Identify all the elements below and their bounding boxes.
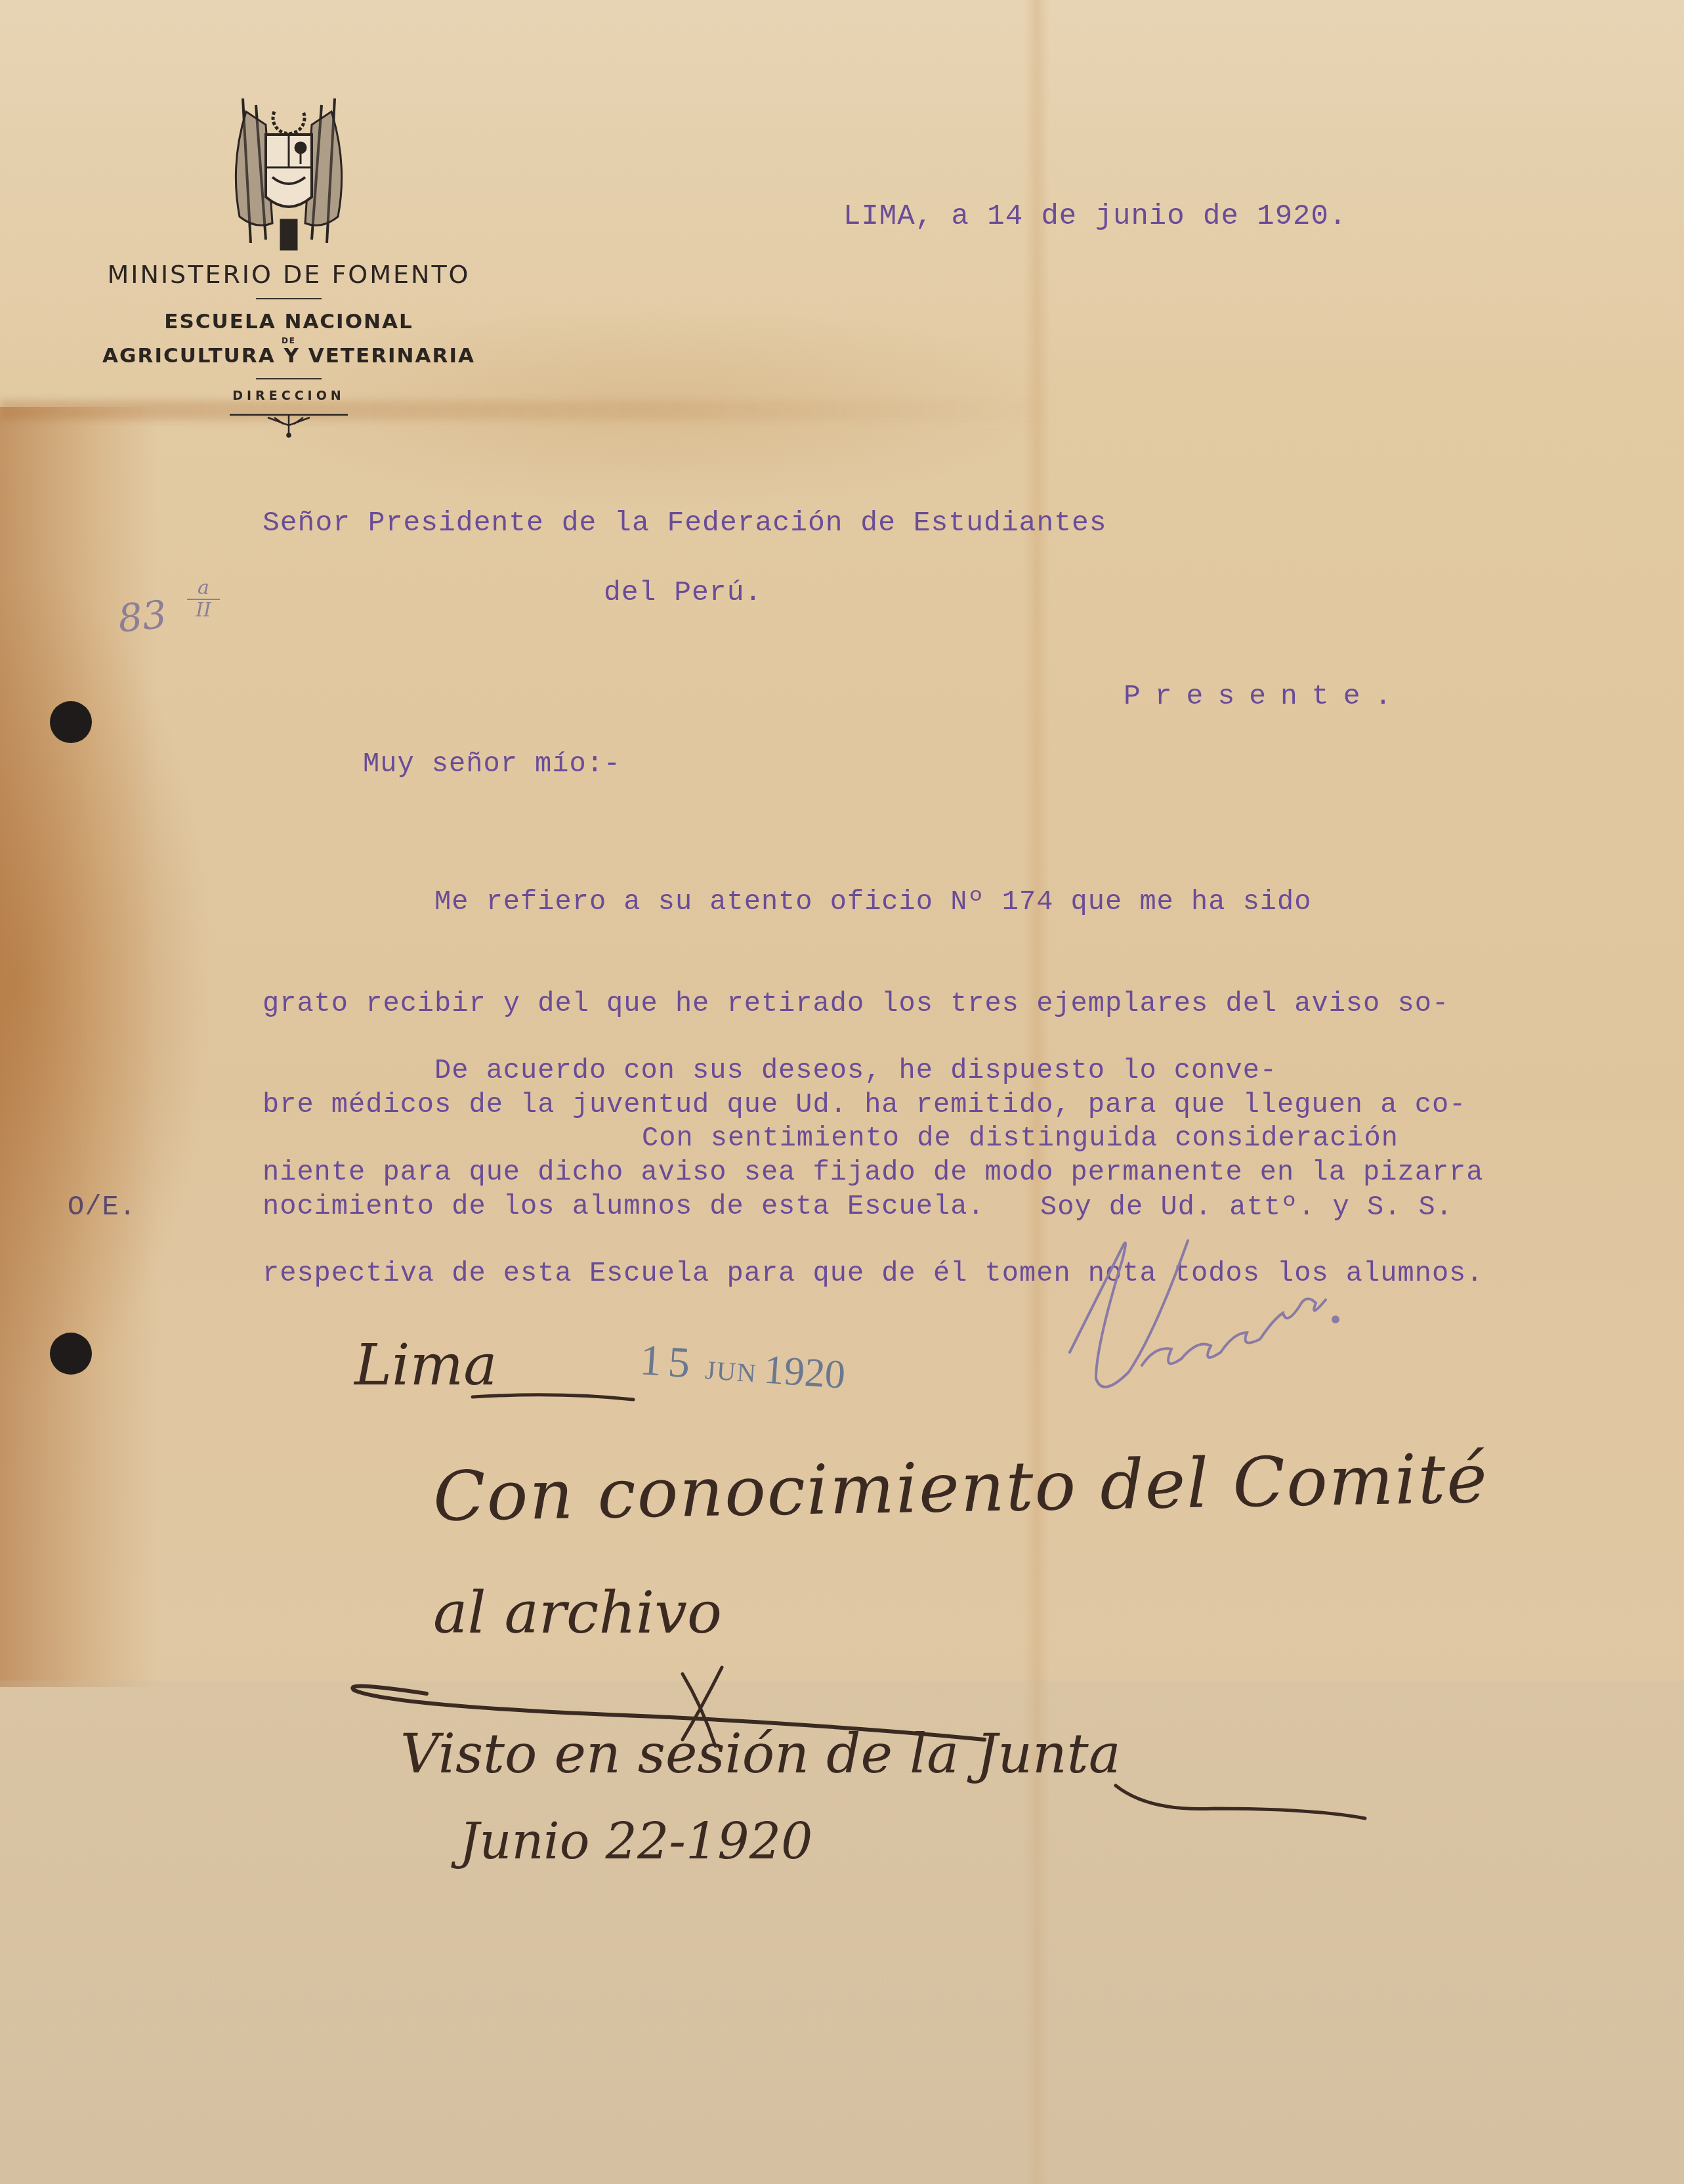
- signature-icon: [1057, 1234, 1463, 1405]
- ornament-icon: [223, 407, 354, 440]
- department-name: DIRECCION: [72, 389, 505, 403]
- body-paragraph-2: De acuerdo con sus deseos, he dispuesto …: [263, 987, 1680, 1325]
- archive-fraction: a II: [187, 578, 220, 621]
- body-line: niente para que dicho aviso sea fijado d…: [263, 1156, 1680, 1190]
- salutation: Muy señor mío:-: [363, 748, 621, 780]
- body-line: De acuerdo con sus deseos, he dispuesto …: [263, 1054, 1680, 1088]
- punch-hole-top: [50, 701, 92, 743]
- presente: Presente.: [1124, 680, 1406, 712]
- body-line: respectiva de esta Escuela para que de é…: [263, 1257, 1680, 1291]
- archive-number: 83: [116, 591, 169, 641]
- letter-date: LIMA, a 14 de junio de 1920.: [843, 200, 1347, 233]
- archive-fraction-top: a: [187, 578, 220, 599]
- stamp-year: 1920: [763, 1347, 847, 1397]
- school-name-line1: ESCUELA NACIONAL: [72, 310, 505, 333]
- coat-of-arms-icon: [210, 85, 368, 256]
- reference-code: O/E.: [68, 1191, 137, 1223]
- body-line: Me refiero a su atento oficio Nº 174 que…: [263, 886, 1680, 920]
- divider: [256, 378, 322, 379]
- punch-hole-bottom: [50, 1333, 92, 1375]
- closing-line: Con sentimiento de distinguida considera…: [642, 1123, 1399, 1154]
- divider: [256, 298, 322, 299]
- addressee-line2: del Perú.: [604, 576, 762, 609]
- handwritten-note-line3: Visto en sesión de la Junta: [400, 1723, 1121, 1786]
- handwritten-place: Lima: [354, 1333, 497, 1398]
- regards-line: Soy de Ud. attº. y S. S.: [1040, 1191, 1453, 1223]
- school-name-line2: AGRICULTURA Y VETERINARIA: [72, 344, 505, 368]
- stamp-month: JUN: [704, 1355, 758, 1388]
- handwritten-note-line4: Junio 22-1920: [459, 1812, 812, 1870]
- addressee-line1: Señor Presidente de la Federación de Est…: [263, 507, 1107, 539]
- stamp-day: 15: [639, 1336, 698, 1388]
- ministry-name: MINISTERIO DE FOMENTO: [72, 260, 505, 289]
- handwritten-note-line2: al archivo: [433, 1579, 722, 1646]
- archive-fraction-bottom: II: [187, 600, 220, 621]
- letterhead: MINISTERIO DE FOMENTO ESCUELA NACIONAL D…: [72, 85, 505, 440]
